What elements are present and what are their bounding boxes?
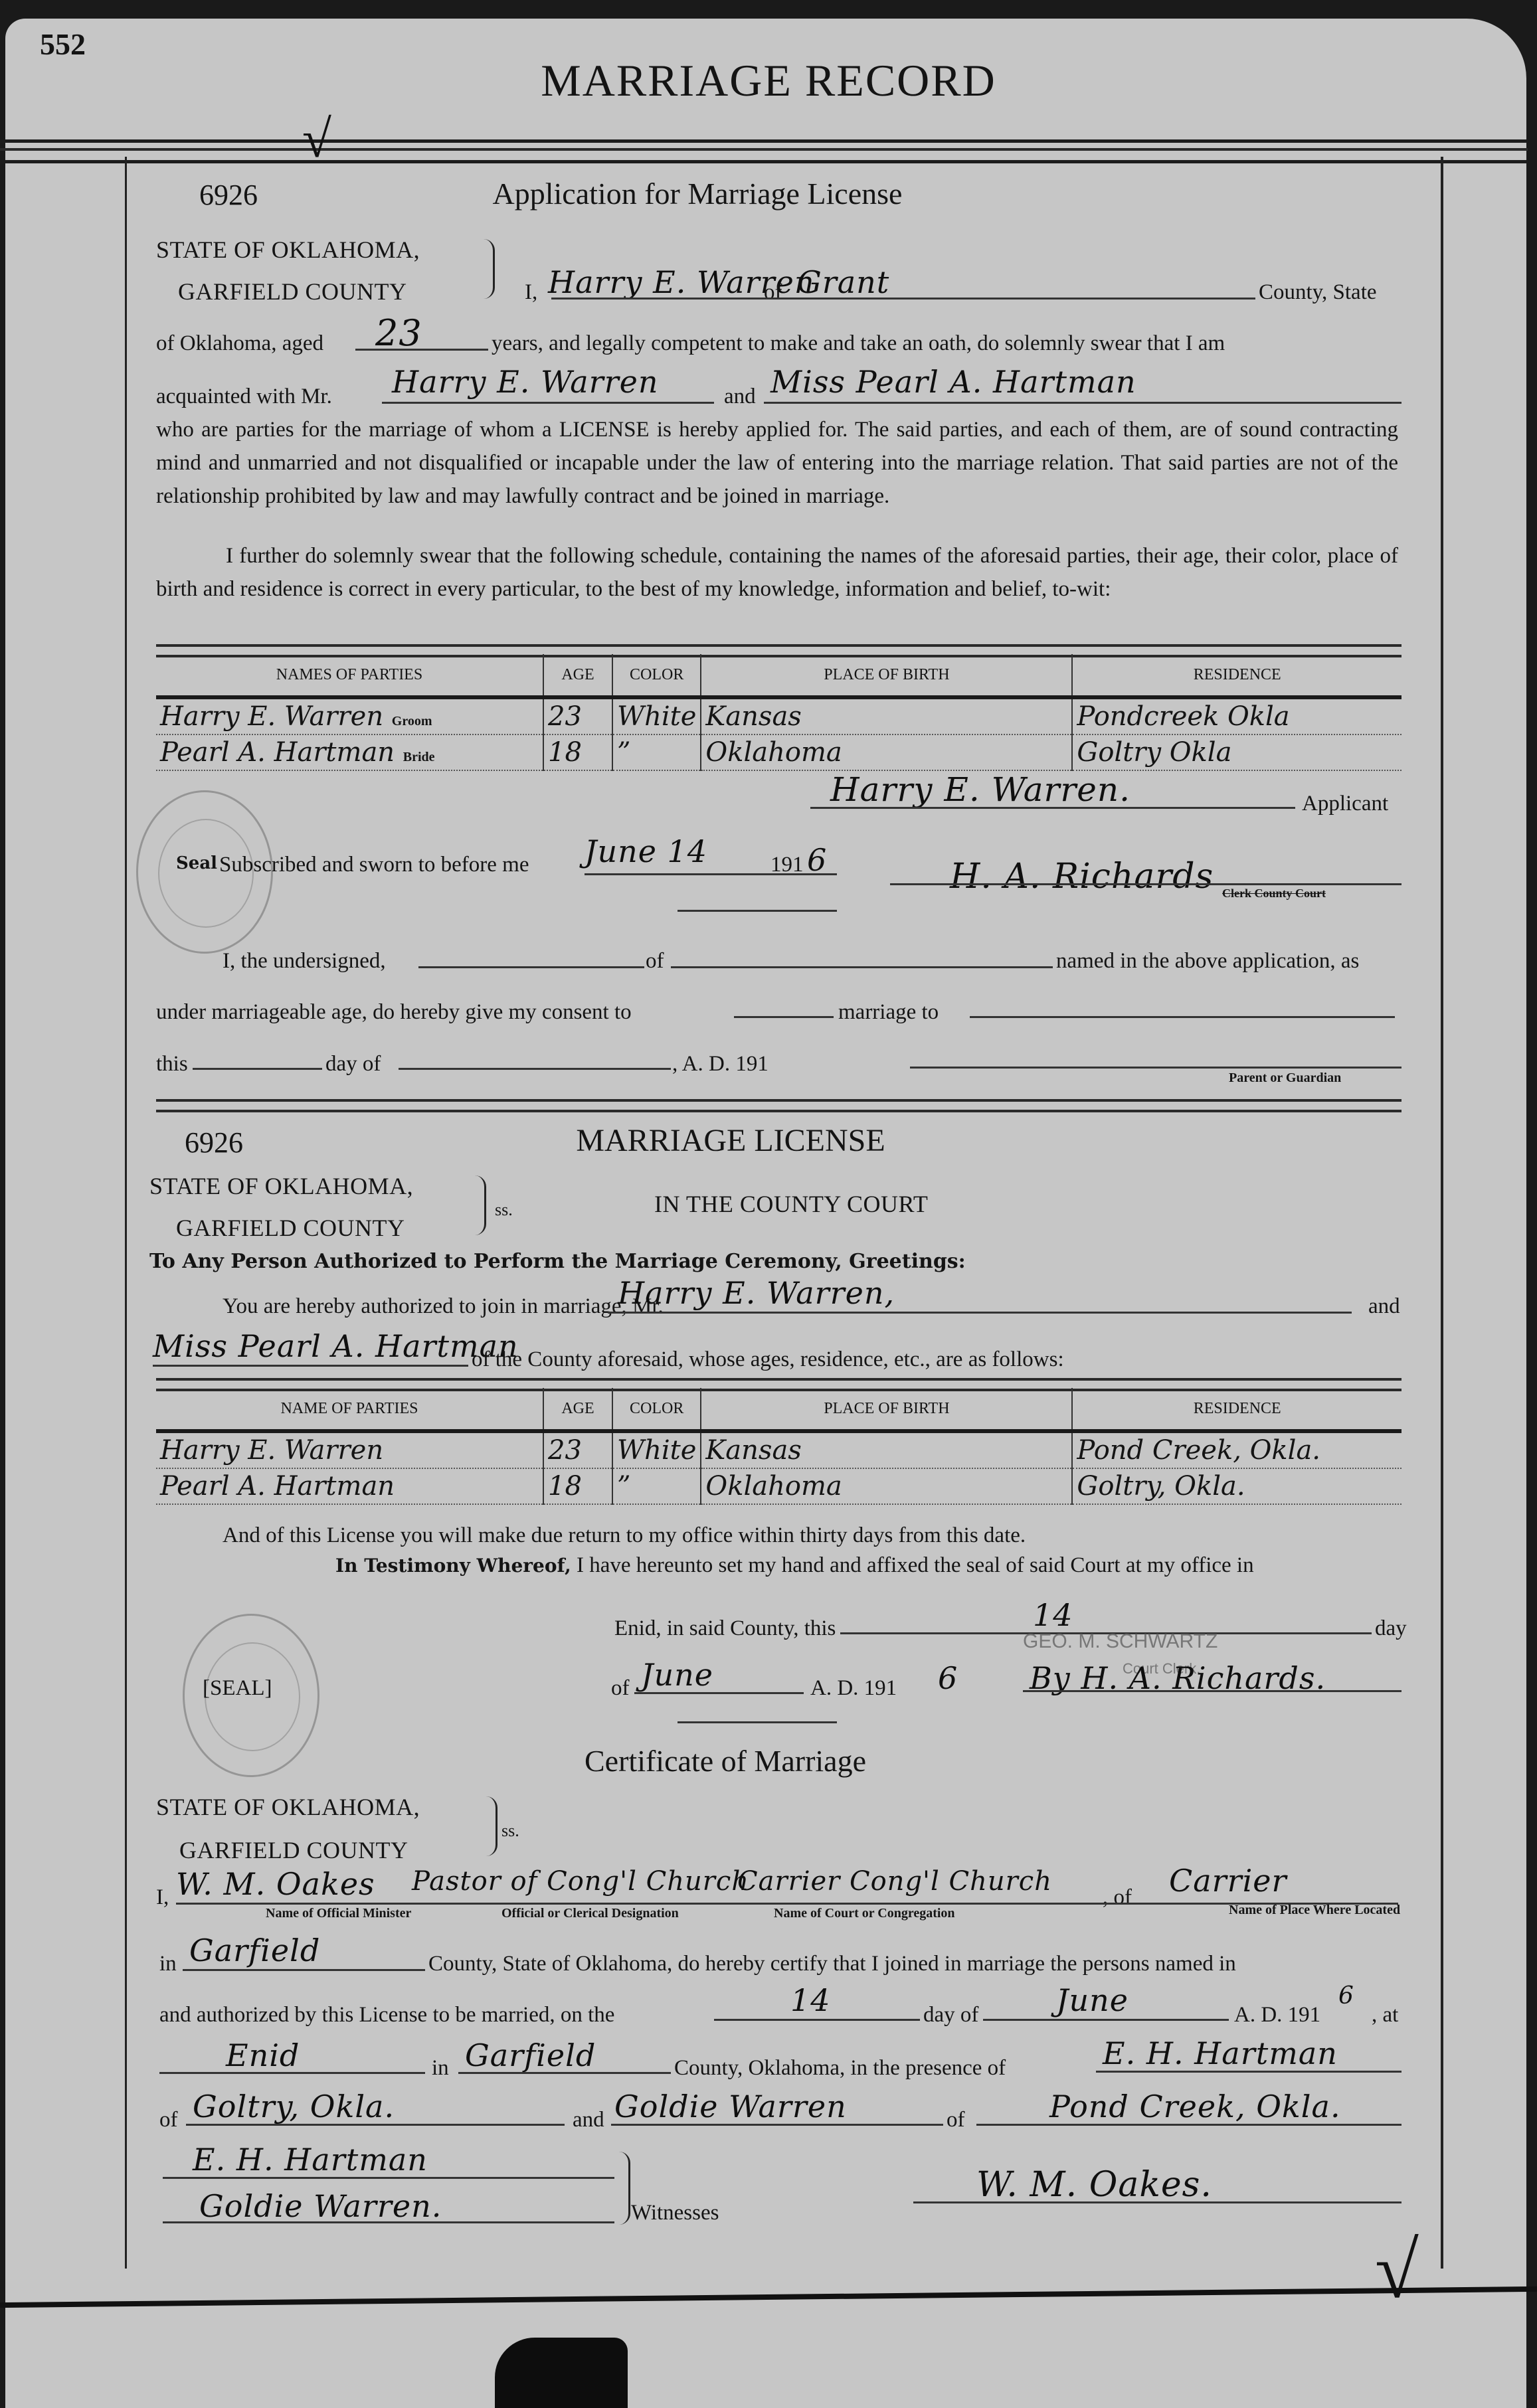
witness-1-name: E. H. Hartman (1103, 2035, 1338, 2071)
enid-text: Enid, in said County, this (614, 1614, 836, 1643)
witness-2-place-line (976, 2124, 1401, 2126)
application-paragraph-1: who are parties for the marriage of whom… (156, 406, 1398, 513)
party-color: White (612, 1431, 701, 1468)
sworn-date-line (585, 873, 837, 875)
sub-label-designation: Official or Clerical Designation (501, 1906, 679, 1921)
col-age: AGE (543, 1388, 612, 1431)
brace (619, 2152, 630, 2225)
clerk-label: Clerk County Court (1222, 887, 1326, 901)
party-name: Harry E. Warren (156, 1431, 543, 1468)
minister-signature: W. M. Oakes. (976, 2165, 1212, 2205)
certificate-at: , at (1372, 2000, 1398, 2029)
certificate-lead: I, (156, 1883, 169, 1912)
testimony-line: In Testimony Whereof, I have hereunto se… (335, 1551, 1254, 1581)
license-of: of (611, 1674, 630, 1703)
certificate-county-line (183, 1969, 425, 1971)
witness-1-place: Goltry, Okla. (193, 2089, 395, 2124)
guardian-label: Parent or Guardian (1229, 1071, 1341, 1086)
minister-signature-line (913, 2201, 1401, 2203)
groom-name: Harry E. Warren (392, 364, 659, 400)
testimony-text: I have hereunto set my hand and affixed … (577, 1553, 1254, 1577)
party-residence: Goltry Okla (1072, 734, 1401, 770)
consent-of-line (671, 966, 1053, 968)
license-bride-line (153, 1365, 468, 1367)
groom-line (382, 402, 714, 404)
deputy-signature-line (1023, 1690, 1401, 1692)
ceremony-place-line (159, 2072, 425, 2074)
bride-line (764, 402, 1401, 404)
binder-shadow (495, 2338, 628, 2408)
application-schedule-table: NAMES OF PARTIES AGE COLOR PLACE OF BIRT… (156, 654, 1401, 771)
license-schedule-table: NAME OF PARTIES AGE COLOR PLACE OF BIRTH… (156, 1388, 1401, 1505)
party-name: Pearl A. Hartman Bride (156, 734, 543, 770)
applicant-county: Grant (797, 264, 889, 300)
certificate-in-2: in (432, 2053, 449, 2083)
age-line (355, 349, 488, 351)
consent-month-line (399, 1068, 671, 1070)
testimony-lead: In Testimony Whereof, (335, 1555, 571, 1577)
party-birth: Oklahoma (701, 1468, 1072, 1504)
consent-name-line (418, 966, 644, 968)
clerk-stamp: GEO. M. SCHWARTZ (1023, 1630, 1218, 1653)
consent-of: of (646, 946, 664, 976)
witness-1-place-line (186, 2124, 565, 2126)
county-label: GARFIELD COUNTY (178, 278, 407, 305)
congregation-name: Carrier Cong'l Church (737, 1866, 1052, 1897)
consent-marriage-to-line (970, 1016, 1395, 1018)
license-day: 14 (1033, 1597, 1073, 1633)
party-residence: Pond Creek, Okla. (1072, 1431, 1401, 1468)
certificate-ad: A. D. 191 (1234, 2000, 1320, 2029)
record-title: MARRIAGE RECORD (0, 54, 1537, 107)
table-row: Pearl A. Hartman 18 ” Oklahoma Goltry, O… (156, 1468, 1401, 1504)
consent-under-age: under marriageable age, do hereby give m… (156, 997, 632, 1027)
consent-marriage-to: marriage to (838, 997, 939, 1027)
certificate-month: June (1056, 1982, 1129, 2018)
sworn-label: Subscribed and sworn to before me (219, 850, 529, 879)
years-text: years, and legally competent to make and… (492, 329, 1401, 358)
applicant-signature: Harry E. Warren. (830, 770, 1130, 809)
sworn-year-suffix: 6 (807, 842, 827, 878)
license-county: GARFIELD COUNTY (176, 1214, 405, 1242)
witness-1-line (1096, 2071, 1401, 2073)
license-and: and (1368, 1292, 1400, 1321)
short-divider (678, 910, 837, 912)
col-birth: PLACE OF BIRTH (701, 1388, 1072, 1431)
clerk-signature: H. A. Richards (950, 857, 1214, 897)
certificate-year-suffix: 6 (1338, 1982, 1354, 2010)
certificate-of-2: of (159, 2105, 178, 2134)
certificate-in: in (159, 1949, 177, 1978)
license-ss: ss. (495, 1195, 513, 1225)
consent-day-of: day of (325, 1049, 381, 1078)
col-residence: RESIDENCE (1072, 654, 1401, 697)
application-number: 6926 (199, 178, 258, 212)
witness-2-name: Goldie Warren (614, 2089, 847, 2124)
consent-named-text: named in the above application, as (1056, 946, 1359, 976)
minister-line (176, 1903, 1398, 1905)
party-age: 18 (543, 734, 612, 770)
brace (486, 1796, 497, 1856)
applicant-age: 23 (375, 312, 422, 354)
license-title: MARRIAGE LICENSE (531, 1122, 930, 1159)
license-year-suffix: 6 (938, 1660, 958, 1696)
bride-name: Miss Pearl A. Hartman (770, 364, 1136, 400)
certificate-county-value: Garfield (189, 1933, 320, 1968)
consent-undersigned: I, the undersigned, (223, 946, 386, 976)
ceremony-county: Garfield (465, 2037, 596, 2073)
col-color: COLOR (612, 654, 701, 697)
party-name-value: Harry E. Warren (160, 701, 383, 732)
party-color: ” (612, 1468, 701, 1504)
lead-i: I, (525, 278, 537, 307)
col-color: COLOR (612, 1388, 701, 1431)
county-state-label: County, State (1259, 278, 1377, 307)
application-title: Application for Marriage License (465, 176, 930, 211)
license-groom: Harry E. Warren, (618, 1275, 895, 1311)
minister-name: W. M. Oakes (176, 1866, 375, 1902)
seal-text: Seal (176, 853, 217, 873)
certificate-of: , of (1103, 1883, 1132, 1912)
witness-signature-1-line (163, 2177, 614, 2179)
authorized-text: You are hereby authorized to join in mar… (223, 1292, 664, 1321)
authorized-married-text: and authorized by this License to be mar… (159, 2000, 614, 2029)
sub-label-minister: Name of Official Minister (266, 1906, 411, 1921)
certificate-day-line (714, 2019, 920, 2021)
witness-2-place: Pond Creek, Okla. (1049, 2089, 1341, 2124)
checkmark-icon: √ (1375, 2225, 1419, 2316)
guardian-signature-line (910, 1067, 1401, 1069)
license-month-line (634, 1692, 804, 1694)
table-row: Harry E. Warren 23 White Kansas Pond Cre… (156, 1431, 1401, 1468)
applicant-label: Applicant (1302, 789, 1388, 818)
license-state: STATE OF OKLAHOMA, (149, 1172, 413, 1200)
certificate-county: GARFIELD COUNTY (179, 1836, 408, 1864)
license-bride: Miss Pearl A. Hartman (153, 1328, 519, 1364)
of-label: of (764, 278, 782, 307)
party-residence: Pondcreek Okla (1072, 697, 1401, 734)
party-color: White (612, 697, 701, 734)
party-birth: Kansas (701, 1431, 1072, 1468)
sub-label-place: Name of Place Where Located (1229, 1903, 1400, 1918)
applicant-line (551, 298, 1255, 300)
license-ad: A. D. 191 (810, 1674, 897, 1703)
col-residence: RESIDENCE (1072, 1388, 1401, 1431)
consent-ad: , A. D. 191 (672, 1049, 768, 1078)
party-birth: Oklahoma (701, 734, 1072, 770)
party-role: Groom (392, 714, 432, 729)
party-residence: Goltry, Okla. (1072, 1468, 1401, 1504)
witness-signature-2-line (163, 2221, 614, 2223)
party-age: 23 (543, 697, 612, 734)
license-groom-line (608, 1312, 1352, 1314)
party-name: Harry E. Warren Groom (156, 697, 543, 734)
party-color: ” (612, 734, 701, 770)
witness-2-line (611, 2124, 943, 2126)
col-names: NAMES OF PARTIES (156, 654, 543, 697)
brace (475, 1175, 486, 1235)
party-age: 23 (543, 1431, 612, 1468)
ceremony-county-line (458, 2072, 671, 2074)
license-county-text: of the County aforesaid, whose ages, res… (472, 1345, 1064, 1374)
aged-label: of Oklahoma, aged (156, 329, 323, 358)
table-row: Pearl A. Hartman Bride 18 ” Oklahoma Gol… (156, 734, 1401, 770)
party-name-value: Pearl A. Hartman (160, 737, 395, 768)
ceremony-place: Enid (226, 2037, 300, 2073)
section-divider (156, 1099, 1401, 1112)
certificate-state: STATE OF OKLAHOMA, (156, 1793, 420, 1821)
certificate-title: Certificate of Marriage (585, 1743, 983, 1778)
return-text: And of this License you will make due re… (223, 1521, 1026, 1550)
sub-label-congregation: Name of Court or Congregation (774, 1906, 955, 1921)
certificate-of-3: of (947, 2105, 965, 2134)
sworn-date: June 14 (585, 833, 707, 869)
certificate-ss: ss. (501, 1816, 519, 1846)
consent-to-line (734, 1016, 834, 1018)
seal-label: [SEAL] (203, 1674, 272, 1703)
license-month: June (641, 1657, 713, 1693)
brace (484, 239, 495, 299)
col-age: AGE (543, 654, 612, 697)
place-located: Carrier (1169, 1863, 1287, 1899)
party-birth: Kansas (701, 697, 1072, 734)
witness-signature-1: E. H. Hartman (193, 2142, 428, 2178)
party-role: Bride (403, 750, 435, 764)
presence-text: County, Oklahoma, in the presence of (674, 2053, 1006, 2083)
certificate-day-of: day of (923, 2000, 978, 2029)
party-name: Pearl A. Hartman (156, 1468, 543, 1504)
license-court: IN THE COUNTY COURT (654, 1190, 928, 1218)
clerk-signature-line (890, 883, 1401, 885)
license-greeting: To Any Person Authorized to Perform the … (149, 1250, 966, 1273)
license-number: 6926 (185, 1126, 243, 1160)
col-birth: PLACE OF BIRTH (701, 654, 1072, 697)
col-names: NAME OF PARTIES (156, 1388, 543, 1431)
license-day-label: day (1375, 1614, 1407, 1643)
certificate-month-line (983, 2019, 1229, 2021)
application-paragraph-2: I further do solemnly swear that the fol… (156, 539, 1398, 606)
checkmark-icon: √ (302, 110, 331, 170)
certificate-and: and (573, 2105, 604, 2134)
certificate-day: 14 (790, 1982, 831, 2018)
applicant-signature-line (810, 807, 1295, 809)
consent-this: this (156, 1049, 188, 1078)
witness-signature-2: Goldie Warren. (199, 2188, 442, 2224)
clerical-designation: Pastor of Cong'l Church (412, 1866, 749, 1897)
certify-text: County, State of Oklahoma, do hereby cer… (428, 1949, 1236, 1978)
table-row: Harry E. Warren Groom 23 White Kansas Po… (156, 697, 1401, 734)
state-label: STATE OF OKLAHOMA, (156, 236, 420, 264)
short-divider (678, 1721, 837, 1723)
witnesses-label: Witnesses (631, 2198, 719, 2227)
party-age: 18 (543, 1468, 612, 1504)
consent-day-line (193, 1068, 322, 1070)
